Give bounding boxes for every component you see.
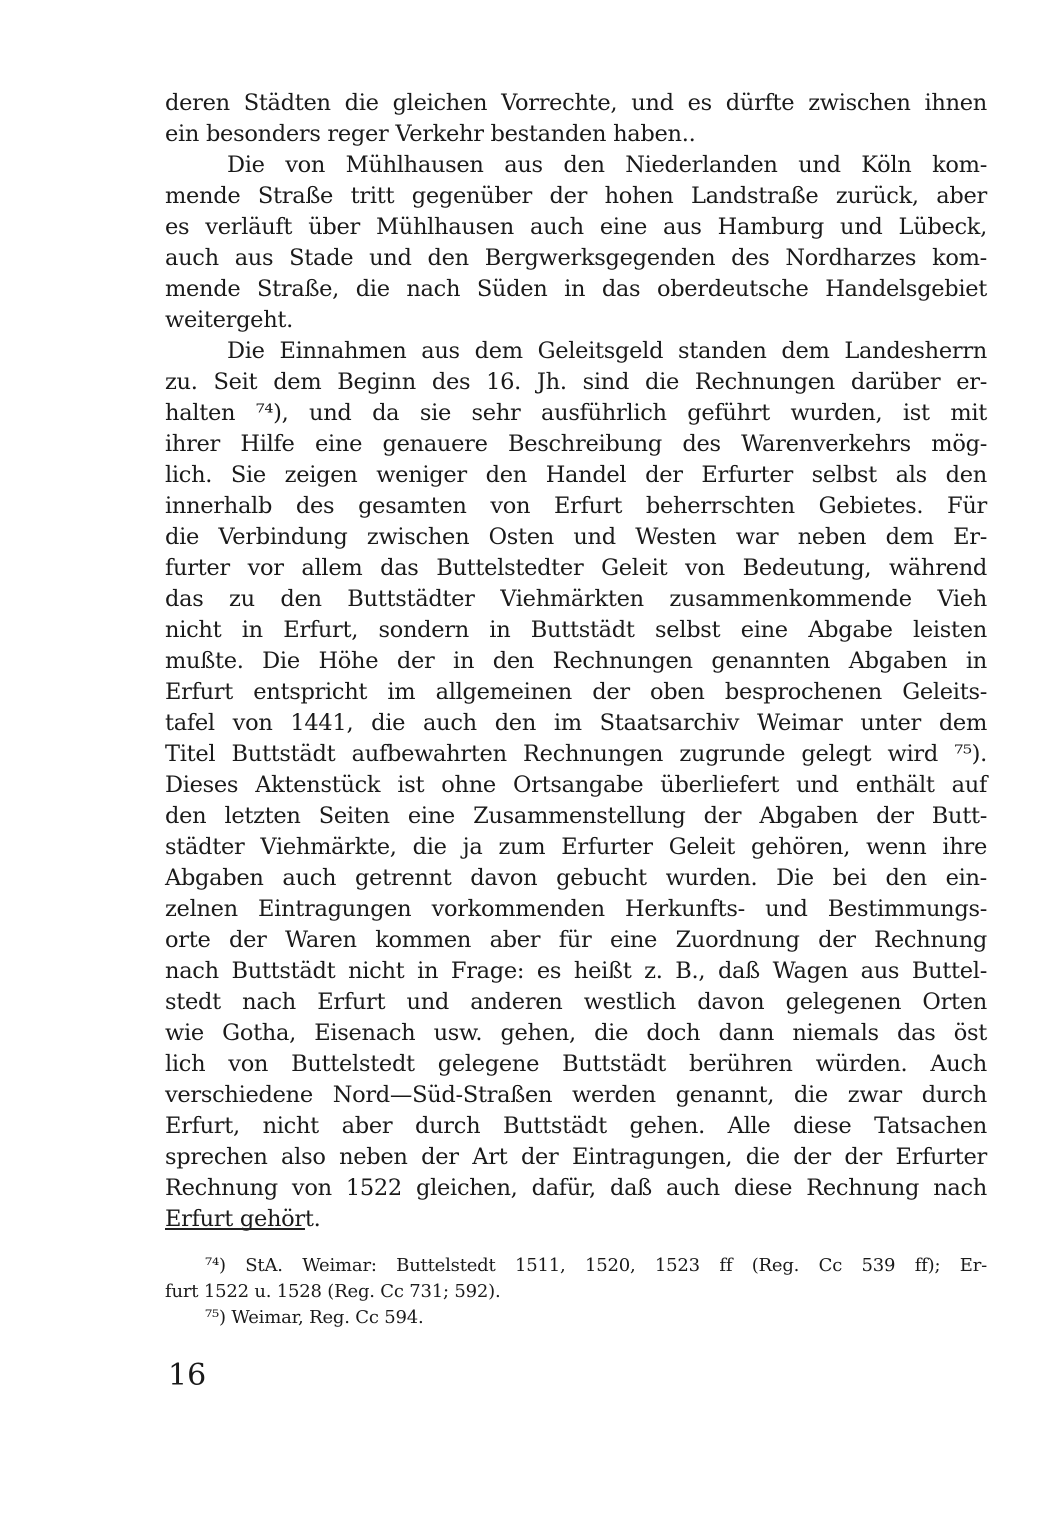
body-text-line: innerhalb des gesamten von Erfurt beherr…	[165, 491, 987, 522]
body-text-line: weitergeht.	[165, 305, 987, 336]
body-text-line: furter vor allem das Buttelstedter Gelei…	[165, 553, 987, 584]
body-text-line: städter Viehmärkte, die ja zum Erfurter …	[165, 832, 987, 863]
body-text-line: es verläuft über Mühlhausen auch eine au…	[165, 212, 987, 243]
body-text-line: wie Gotha, Eisenach usw. gehen, die doch…	[165, 1018, 987, 1049]
footnotes: ⁷⁴) StA. Weimar: Buttelstedt 1511, 1520,…	[165, 1253, 987, 1331]
body-text-line: den letzten Seiten eine Zusammenstellung…	[165, 801, 987, 832]
body-text-line: Erfurt entspricht im allgemeinen der obe…	[165, 677, 987, 708]
body-text-line: mende Straße tritt gegenüber der hohen L…	[165, 181, 987, 212]
body-text-line: Die Einnahmen aus dem Geleitsgeld stande…	[165, 336, 987, 367]
body-text-line: halten ⁷⁴), und da sie sehr ausführlich …	[165, 398, 987, 429]
body-text-line: tafel von 1441, die auch den im Staatsar…	[165, 708, 987, 739]
page-number: 16	[168, 1358, 206, 1394]
body-text-line: stedt nach Erfurt und anderen westlich d…	[165, 987, 987, 1018]
body-text-line: ein besonders reger Verkehr bestanden ha…	[165, 119, 987, 150]
body-text-line: Dieses Aktenstück ist ohne Ortsangabe üb…	[165, 770, 987, 801]
body-text-line: das zu den Buttstädter Viehmärkten zusam…	[165, 584, 987, 615]
body-text-line: nach Buttstädt nicht in Frage: es heißt …	[165, 956, 987, 987]
body-text-line: lich von Buttelstedt gelegene Buttstädt …	[165, 1049, 987, 1080]
body-text-line: ihrer Hilfe eine genauere Beschreibung d…	[165, 429, 987, 460]
body-text-line: orte der Waren kommen aber für eine Zuor…	[165, 925, 987, 956]
body-text-line: lich. Sie zeigen weniger den Handel der …	[165, 460, 987, 491]
body-text-line: mende Straße, die nach Süden in das ober…	[165, 274, 987, 305]
body-text-line: auch aus Stade und den Bergwerksgegenden…	[165, 243, 987, 274]
body-text-line: Erfurt gehört.	[165, 1204, 987, 1235]
body-text-line: Rechnung von 1522 gleichen, dafür, daß a…	[165, 1173, 987, 1204]
body-text-line: Erfurt, nicht aber durch Buttstädt gehen…	[165, 1111, 987, 1142]
footnote-separator	[165, 1228, 305, 1230]
body-text-line: mußte. Die Höhe der in den Rechnungen ge…	[165, 646, 987, 677]
footnote-line: ⁷⁵) Weimar, Reg. Cc 594.	[165, 1305, 987, 1331]
body-text-line: deren Städten die gleichen Vorrechte, un…	[165, 88, 987, 119]
body-text-line: zelnen Eintragungen vorkommenden Herkunf…	[165, 894, 987, 925]
body-text-line: sprechen also neben der Art der Eintragu…	[165, 1142, 987, 1173]
body-text-line: Abgaben auch getrennt davon gebucht wurd…	[165, 863, 987, 894]
body-text-line: nicht in Erfurt, sondern in Buttstädt se…	[165, 615, 987, 646]
body-text-line: zu. Seit dem Beginn des 16. Jh. sind die…	[165, 367, 987, 398]
body-text: deren Städten die gleichen Vorrechte, un…	[165, 88, 987, 1235]
body-text-line: die Verbindung zwischen Osten und Westen…	[165, 522, 987, 553]
body-text-line: verschiedene Nord—Süd-Straßen werden gen…	[165, 1080, 987, 1111]
body-text-line: Die von Mühlhausen aus den Niederlanden …	[165, 150, 987, 181]
body-text-line: Titel Buttstädt aufbewahrten Rechnungen …	[165, 739, 987, 770]
footnote-line: ⁷⁴) StA. Weimar: Buttelstedt 1511, 1520,…	[165, 1253, 987, 1279]
footnote-line: furt 1522 u. 1528 (Reg. Cc 731; 592).	[165, 1279, 987, 1305]
